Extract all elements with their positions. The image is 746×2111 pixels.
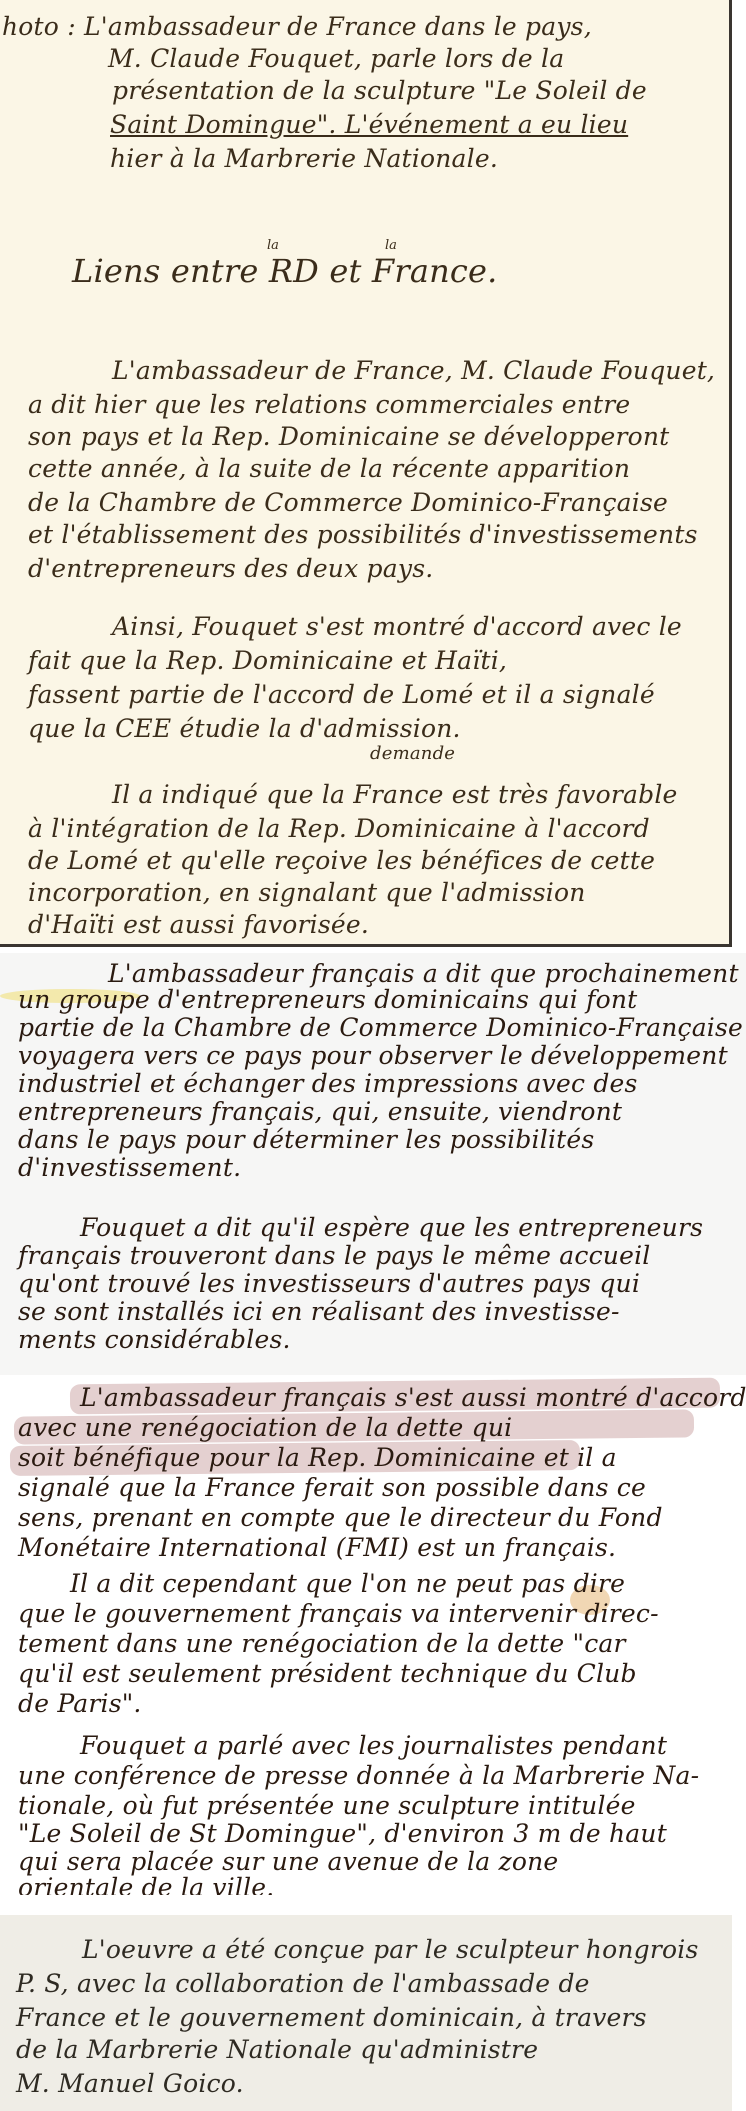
paragraph-line: ments considérables.: [18, 1327, 746, 1352]
paragraph-line: qui sera placée sur une avenue de la zon…: [18, 1849, 746, 1874]
section-title: Liens entre RD et France.: [72, 255, 729, 287]
paragraph-line: Il a dit cependant que l'on ne peut pas …: [70, 1571, 746, 1596]
paragraph-line: entrepreneurs français, qui, ensuite, vi…: [18, 1099, 746, 1124]
paragraph-line: à l'intégration de la Rep. Dominicaine à…: [28, 816, 729, 841]
paragraph-line: cette année, à la suite de la récente ap…: [28, 456, 729, 481]
paragraph-line: se sont installés ici en réalisant des i…: [18, 1299, 746, 1324]
paragraph-line: P. S, avec la collaboration de l'ambassa…: [16, 1971, 732, 1996]
paragraph-line: un groupe d'entrepreneurs dominicains qu…: [18, 987, 746, 1012]
manuscript-fragment-caption: hoto : L'ambassadeur de France dans le p…: [0, 0, 732, 947]
caption-line: hoto : L'ambassadeur de France dans le p…: [2, 14, 729, 39]
paragraph-line: "Le Soleil de St Domingue", d'environ 3 …: [18, 1821, 746, 1846]
paragraph-line: M. Manuel Goico.: [16, 2071, 732, 2096]
caption-line: présentation de la sculpture "Le Soleil …: [112, 78, 729, 103]
paragraph-line: et l'établissement des possibilités d'in…: [28, 522, 729, 547]
manuscript-fragment-investors: L'ambassadeur français a dit que prochai…: [0, 953, 746, 1375]
paragraph-line: d'investissement.: [18, 1155, 746, 1180]
paragraph-line: avec une renégociation de la dette qui: [18, 1415, 746, 1440]
paragraph-line: fait que la Rep. Dominicaine et Haïti,: [28, 648, 729, 673]
paragraph-line: soit bénéfique pour la Rep. Dominicaine …: [18, 1445, 746, 1470]
paragraph-line: une conférence de presse donnée à la Mar…: [18, 1763, 746, 1788]
paragraph-line: France et le gouvernement dominicain, à …: [16, 2005, 732, 2030]
paragraph-line: Ainsi, Fouquet s'est montré d'accord ave…: [112, 614, 729, 639]
paragraph-line: a dit hier que les relations commerciale…: [28, 392, 729, 417]
paragraph-line: tionale, où fut présentée une sculpture …: [18, 1793, 746, 1818]
manuscript-fragment-debt: L'ambassadeur français s'est aussi montr…: [0, 1375, 746, 1895]
paragraph-line: de Paris".: [18, 1691, 746, 1716]
paragraph-line: qu'ont trouvé les investisseurs d'autres…: [18, 1271, 746, 1296]
paragraph-line: Il a indiqué que la France est très favo…: [112, 782, 729, 807]
paragraph-line: d'Haïti est aussi favorisée.: [28, 912, 729, 937]
paragraph-line: signalé que la France ferait son possibl…: [18, 1475, 746, 1500]
paragraph-line: tement dans une renégociation de la dett…: [18, 1631, 746, 1656]
paragraph-line: L'ambassadeur de France, M. Claude Fouqu…: [112, 358, 729, 383]
paragraph-line: qu'il est seulement président technique …: [18, 1661, 746, 1686]
paragraph-line: fassent partie de l'accord de Lomé et il…: [28, 682, 729, 707]
paragraph-line: L'ambassadeur français s'est aussi montr…: [80, 1385, 746, 1410]
inserted-word: demande: [370, 745, 729, 763]
paragraph-line: d'entrepreneurs des deux pays.: [28, 556, 729, 581]
paragraph-line: dans le pays pour déterminer les possibi…: [18, 1127, 746, 1152]
paragraph-line: que le gouvernement français va interven…: [18, 1601, 746, 1626]
paragraph-line: de la Chambre de Commerce Dominico-Franç…: [28, 490, 729, 515]
paragraph-line: industriel et échanger des impressions a…: [18, 1071, 746, 1096]
paragraph-line: partie de la Chambre de Commerce Dominic…: [18, 1015, 746, 1040]
paragraph-line: L'oeuvre a été conçue par le sculpteur h…: [82, 1937, 732, 1962]
caption-line: Saint Domingue". L'événement a eu lieu: [110, 112, 729, 137]
paragraph-line: français trouveront dans le pays le même…: [18, 1243, 746, 1268]
manuscript-fragment-artwork: L'oeuvre a été conçue par le sculpteur h…: [0, 1915, 732, 2111]
paragraph-line: orientale de la ville.: [18, 1875, 746, 1895]
insertion-mark: la: [385, 238, 397, 253]
paragraph-line: voyagera vers ce pays pour observer le d…: [18, 1043, 746, 1068]
paragraph-line: de la Marbrerie Nationale qu'administre: [16, 2037, 732, 2062]
paragraph-line: sens, prenant en compte que le directeur…: [18, 1505, 746, 1530]
insertion-mark: la: [267, 238, 279, 253]
paragraph-line: L'ambassadeur français a dit que prochai…: [108, 961, 746, 986]
paragraph-line: son pays et la Rep. Dominicaine se dével…: [28, 424, 729, 449]
caption-line: hier à la Marbrerie Nationale.: [110, 146, 729, 171]
paragraph-line: incorporation, en signalant que l'admiss…: [28, 880, 729, 905]
paragraph-line: Fouquet a dit qu'il espère que les entre…: [80, 1215, 746, 1240]
paragraph-line: de Lomé et qu'elle reçoive les bénéfices…: [28, 848, 729, 873]
paragraph-line: Monétaire International (FMI) est un fra…: [18, 1535, 746, 1560]
paragraph-line: que la CEE étudie la d'admission.: [28, 716, 729, 741]
caption-line: M. Claude Fouquet, parle lors de la: [108, 46, 729, 71]
paragraph-line: Fouquet a parlé avec les journalistes pe…: [80, 1733, 746, 1758]
